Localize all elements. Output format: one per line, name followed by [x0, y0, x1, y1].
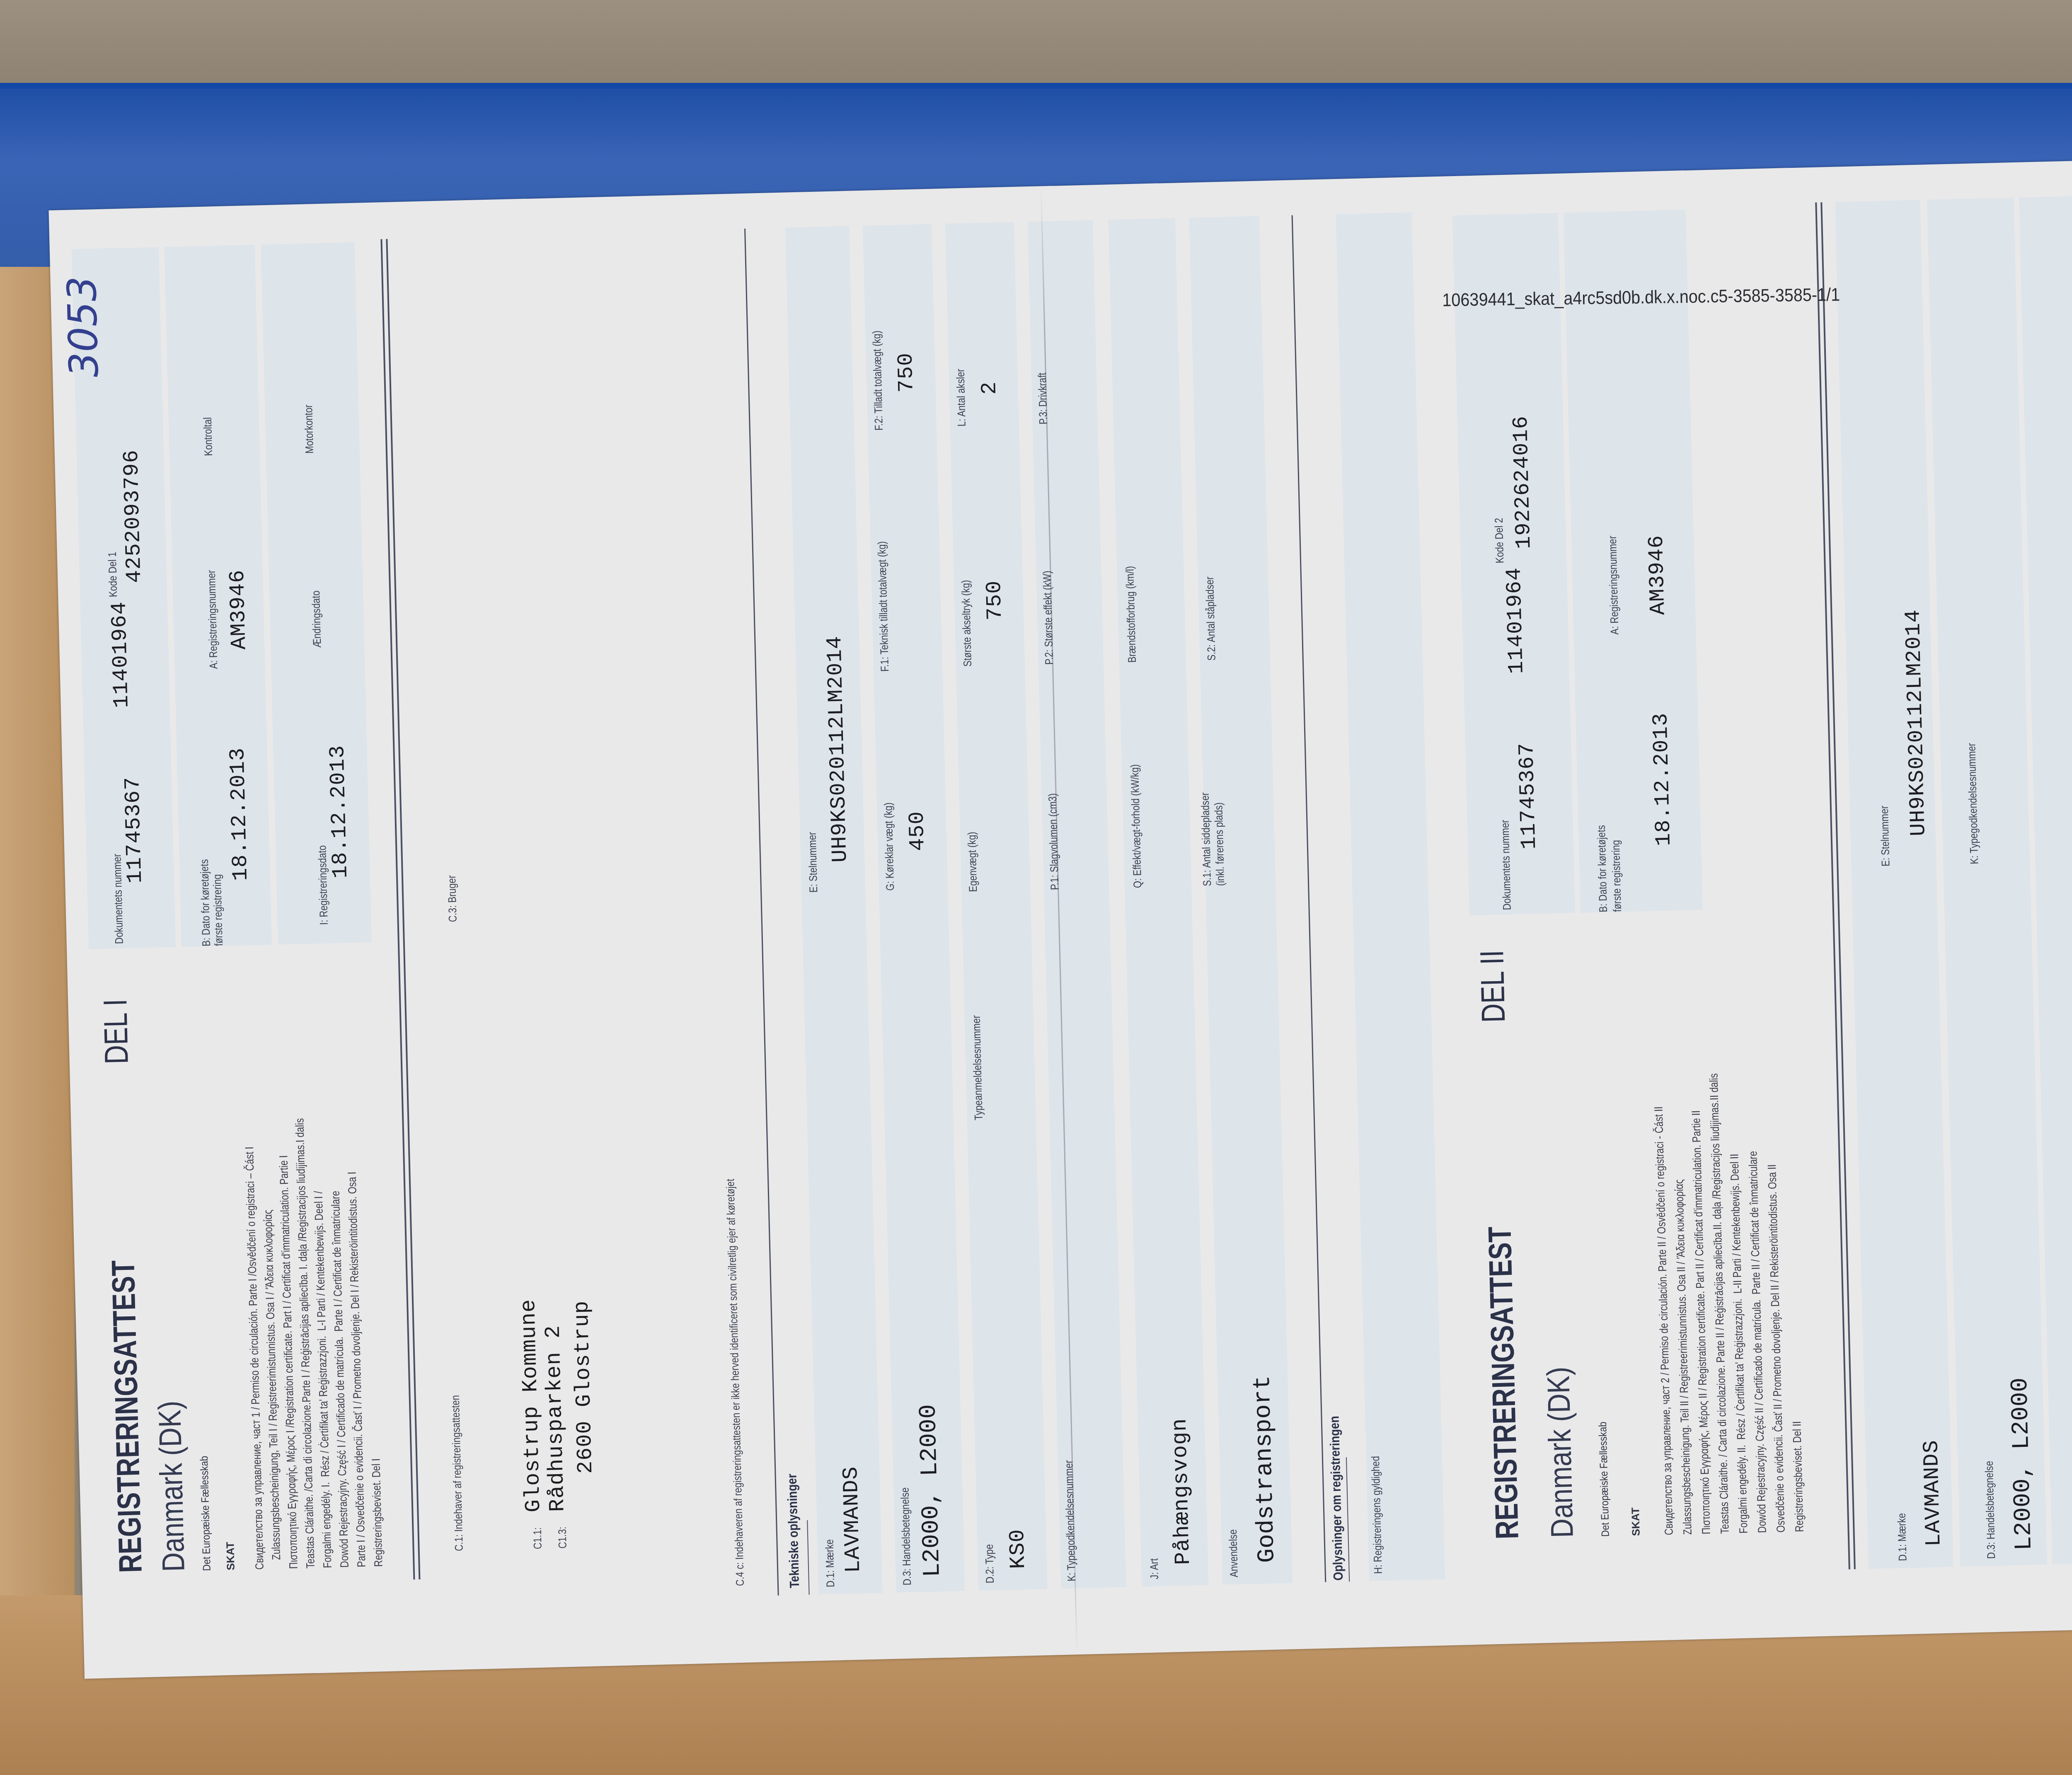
registration-section-title: Oplysninger om registreringen [1326, 1416, 1346, 1581]
registration-number-value: AM3946 [225, 569, 252, 650]
del2-header-box-first-registration [1564, 210, 1703, 913]
axle-load-value: 750 [982, 580, 1007, 621]
registration-rule [1292, 215, 1326, 1582]
max-total-weight-label: F.2: Tilladt totalvægt (kg) [870, 331, 886, 431]
tech-row-5 [1109, 218, 1209, 1586]
trade-name-value: L2000, L2000 [915, 1404, 946, 1577]
technical-rule [744, 229, 779, 1596]
del2-first-registration-label-1: B: Dato for køretøjets [1595, 825, 1610, 912]
del2-trade-name-value: L2000, L2000 [2007, 1377, 2038, 1551]
del2-title: REGISTRERINGSATTEST [1481, 1226, 1526, 1540]
code-del1-label: Kode Del 1 [106, 551, 120, 597]
tech-row-4 [1028, 220, 1126, 1589]
holder-address-prefix: C1.3: [556, 1526, 569, 1549]
consumption-label: Brændstofforbrug (km/l) [1123, 566, 1139, 663]
kind-label: J: Art [1148, 1558, 1161, 1579]
doc-number-b: 11401964 [107, 601, 134, 709]
fuel-label: P.3: Drivkraft [1036, 372, 1050, 425]
del1-multilingual-text: Свидетелство за управление, част 1 / Per… [240, 1116, 387, 1570]
change-date-label: Ændringsdato [310, 590, 324, 648]
del1-title: REGISTRERINGSATTEST [104, 1260, 149, 1573]
axle-load-label: Største akseltryk (kg) [959, 580, 974, 667]
holder-address-line2: 2600 Glostrup [569, 1300, 598, 1474]
handwritten-note: 3053 [58, 276, 107, 378]
holder-address-line1: Rådhusparken 2 [541, 1325, 570, 1512]
vin-label: E: Stelnummer [806, 832, 821, 892]
del2-make-value: LAVMANDS [1919, 1439, 1946, 1547]
del2-doc-number-b: 11401964 [1502, 567, 1529, 674]
tech-row-6 [1189, 216, 1293, 1584]
own-weight-label: Egenvægt (kg) [966, 832, 980, 892]
displacement-label: P.1: Slagvolumen (cm3) [1046, 793, 1062, 890]
del1-part: DEL I [96, 999, 136, 1065]
make-label: D.1: Mærke [823, 1539, 837, 1587]
code-del2-label: Kode Del 2 [1493, 518, 1507, 563]
standing-label: S.2: Antal ståpladser [1203, 576, 1218, 661]
del2-vin-label: E: Stelnummer [1878, 805, 1893, 866]
holder-label: C.1: Indehaver af registreringsattesten [449, 1395, 466, 1551]
seats-label-2: (inkl. førerens plads) [1212, 802, 1227, 886]
first-registration-label-1: B: Dato for køretøjets [198, 859, 213, 946]
make-value: LAVMANDS [839, 1466, 866, 1573]
del2-authority: SKAT [1629, 1507, 1643, 1536]
registration-title-underline [1346, 1457, 1350, 1582]
registration-number-label: A: Registreringsnummer [205, 570, 220, 669]
type-registration-label: Typeanmeldelsesnummer [970, 1015, 985, 1120]
technical-title-underline [807, 1520, 809, 1595]
double-rule-top [380, 239, 415, 1579]
doc-number-a: 11745367 [121, 776, 148, 884]
del2-doc-number-a: 11745367 [1515, 742, 1542, 850]
del2-first-registration-value: 18.12.2013 [1648, 712, 1676, 846]
del1-country: Danmark (DK) [152, 1400, 192, 1572]
axles-label: L: Antal aksler [954, 369, 968, 427]
del2-part: DEL II [1473, 950, 1513, 1023]
del2-first-registration-label-2: første registrering [1610, 840, 1624, 912]
type-value: KS0 [1005, 1528, 1031, 1569]
del2-multilingual-text: Свидетелство за управление, част 2 / Per… [1648, 1071, 1809, 1536]
paper-sheet: REGISTRERINGSATTEST DEL I Danmark (DK) D… [48, 159, 2072, 1679]
double-rule-bottom [386, 239, 420, 1579]
registration-certificate: REGISTRERINGSATTEST DEL I Danmark (DK) D… [66, 184, 2072, 1653]
curb-weight-value: 450 [905, 811, 930, 851]
del2-header-box-doc-number [1452, 213, 1575, 916]
del2-registration-number-value: AM3946 [1644, 534, 1671, 615]
del1-authority: SKAT [224, 1542, 237, 1571]
max-power-label: P.2: Største effekt (kW) [1041, 571, 1056, 665]
usage-label: Anvendelse [1227, 1529, 1241, 1577]
trade-name-label: D.3: Handelsbetegnelse [898, 1487, 914, 1586]
code-del1-value: 4252093796 [119, 449, 147, 583]
type-label: D.2: Type [983, 1544, 997, 1584]
del1-community: Det Europæiske Fællesskab [198, 1456, 213, 1571]
del2-trade-name-label: D.3: Handelsbetegnelse [1983, 1461, 1998, 1559]
del2-make-label: D.1: Mærke [1895, 1513, 1910, 1561]
curb-weight-label: G: Køreklar vægt (kg) [882, 803, 897, 891]
del2-country: Danmark (DK) [1540, 1366, 1581, 1538]
axles-value: 2 [977, 381, 1002, 395]
technical-section-title: Tekniske oplysninger [784, 1473, 802, 1588]
holder-name-prefix: C1.1: [531, 1527, 544, 1550]
seats-label-1: S.1: Antal siddepladser [1199, 792, 1214, 886]
code-del2-value: 1922624016 [1509, 415, 1537, 549]
del2-doc-number-label: Dokumentets nummer [1498, 820, 1513, 910]
motor-office-label: Motorkontor [302, 404, 316, 454]
registration-date-value: 18.12.2013 [325, 745, 353, 878]
del2-community: Det Europæiske Fællesskab [1596, 1422, 1612, 1537]
ownership-note: C.4 c: Indehaveren af registreringsattes… [724, 1179, 747, 1586]
tech-row-3 [945, 222, 1048, 1591]
max-total-weight-value: 750 [893, 352, 919, 393]
first-registration-label-2: første registrering [211, 874, 225, 946]
background-wall [0, 0, 2072, 87]
user-label: C.3: Bruger [445, 875, 460, 922]
control-number-label: Kontroltal [201, 417, 215, 456]
kind-value: Påhængsvogn [1167, 1418, 1196, 1565]
validity-box [1336, 212, 1445, 1581]
del2-registration-number-label: A: Registreringsnummer [1606, 536, 1622, 635]
usage-value: Godstransport [1249, 1375, 1281, 1563]
first-registration-value: 18.12.2013 [225, 747, 253, 881]
